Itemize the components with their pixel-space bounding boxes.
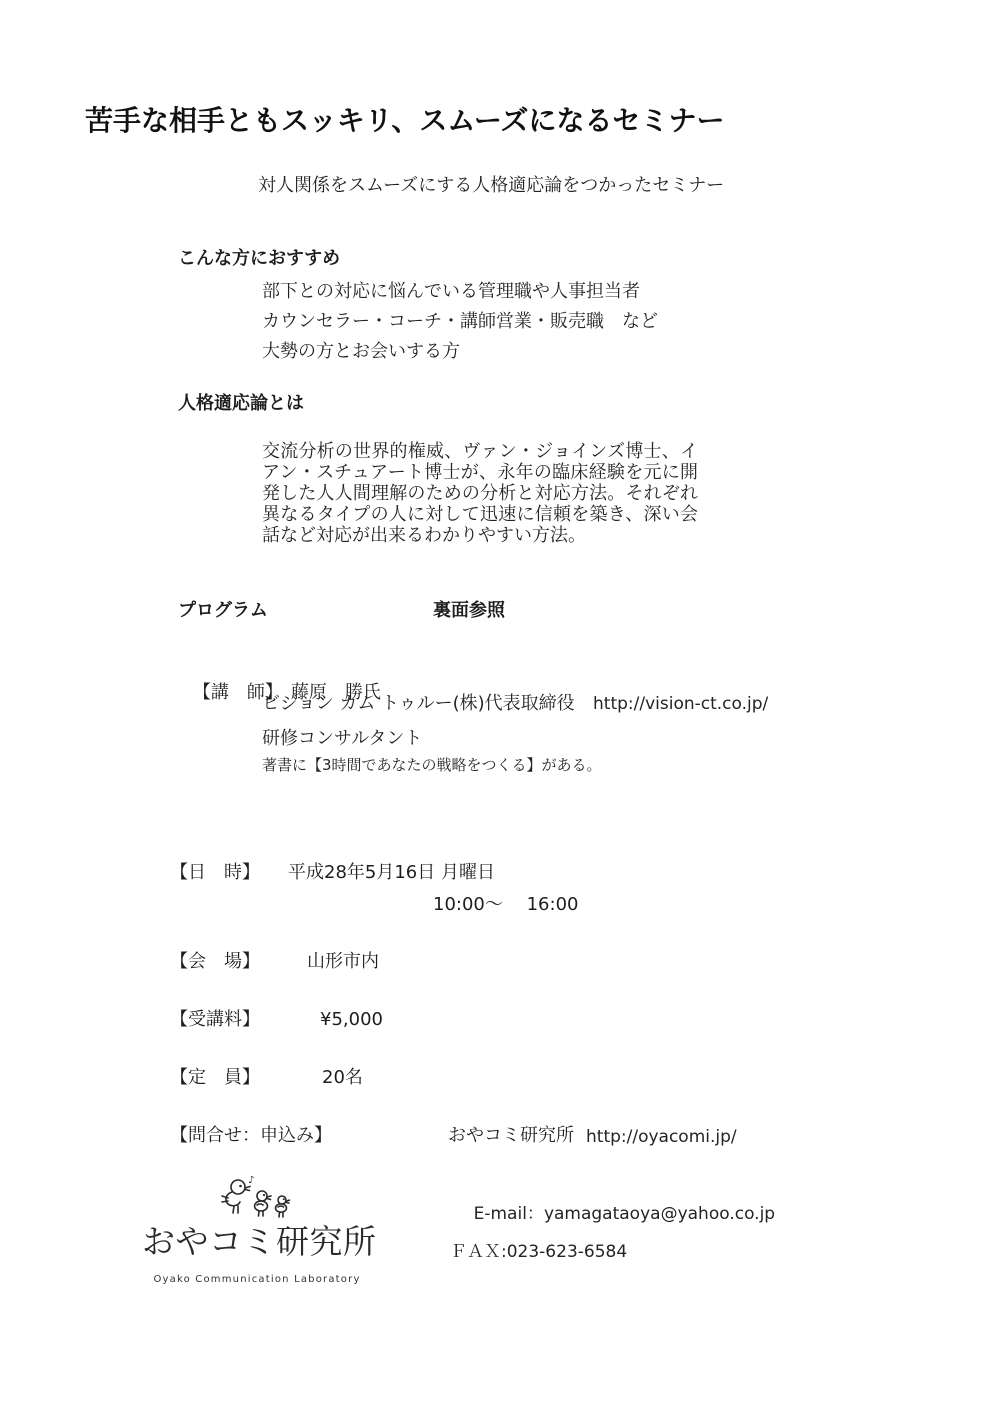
page-subtitle: 対人関係をスムーズにする人格適応論をつかったセミナー [258, 175, 724, 197]
schedule-time: 10:00～ 16:00 [433, 894, 578, 916]
recommend-item: 部下との対応に悩んでいる管理職や人事担当者 [262, 281, 640, 303]
logo-subtext: Oyako Communication Laboratory [145, 1274, 369, 1286]
lecturer-book-note: 著書に【3時間であなたの戦略をつくる】がある。 [262, 756, 602, 774]
fee-label: 【受講料】 [170, 1009, 260, 1031]
venue-value: 山形市内 [307, 951, 379, 973]
contact-email-row: E-mail：yamagataoya@yahoo.co.jp [452, 1184, 775, 1245]
lecturer-url: http://vision-ct.co.jp/ [593, 694, 768, 714]
fee-value: ¥5,000 [320, 1009, 383, 1031]
logo-wordmark: おやコミ研究所 [142, 1222, 377, 1262]
svg-text:♪: ♪ [248, 1176, 254, 1186]
seminar-flyer-page: 苦手な相手ともスッキリ、スムーズになるセミナー 対人関係をスムーズにする人格適応… [0, 0, 1000, 1416]
theory-heading: 人格適応論とは [178, 393, 304, 415]
recommend-item: 大勢の方とお会いする方 [262, 341, 460, 363]
schedule-label: 【日 時】 [170, 862, 260, 884]
capacity-label: 【定 員】 [170, 1067, 260, 1089]
schedule-date: 平成28年5月16日 月曜日 [288, 862, 495, 884]
contact-url: http://oyacomi.jp/ [586, 1127, 737, 1147]
contact-fax: ＦＡＸ:023-623-6584 [450, 1242, 627, 1262]
venue-label: 【会 場】 [170, 951, 260, 973]
lecturer-company-title: ビジョン カム トゥルー(株)代表取締役 [262, 693, 575, 715]
capacity-value: 20名 [322, 1067, 363, 1089]
recommend-heading: こんな方におすすめ [178, 248, 340, 270]
page-title: 苦手な相手ともスッキリ、スムーズになるセミナー [85, 104, 725, 138]
lecturer-role: 研修コンサルタント [262, 728, 422, 750]
email-value: yamagataoya@yahoo.co.jp [544, 1204, 775, 1224]
birds-icon: ♪ [220, 1176, 304, 1222]
contact-label: 【問合せ：申込み】 [170, 1125, 332, 1147]
email-label: E-mail： [474, 1204, 544, 1224]
theory-paragraph: 交流分析の世界的権威、ヴァン・ジョインズ博士、イアン・スチュアート博士が、永年の… [262, 441, 698, 546]
program-label: プログラム [178, 600, 268, 622]
program-note: 裏面参照 [433, 600, 505, 622]
contact-org: おやコミ研究所 [448, 1125, 574, 1147]
recommend-item: カウンセラー・コーチ・講師営業・販売職 など [262, 311, 658, 333]
